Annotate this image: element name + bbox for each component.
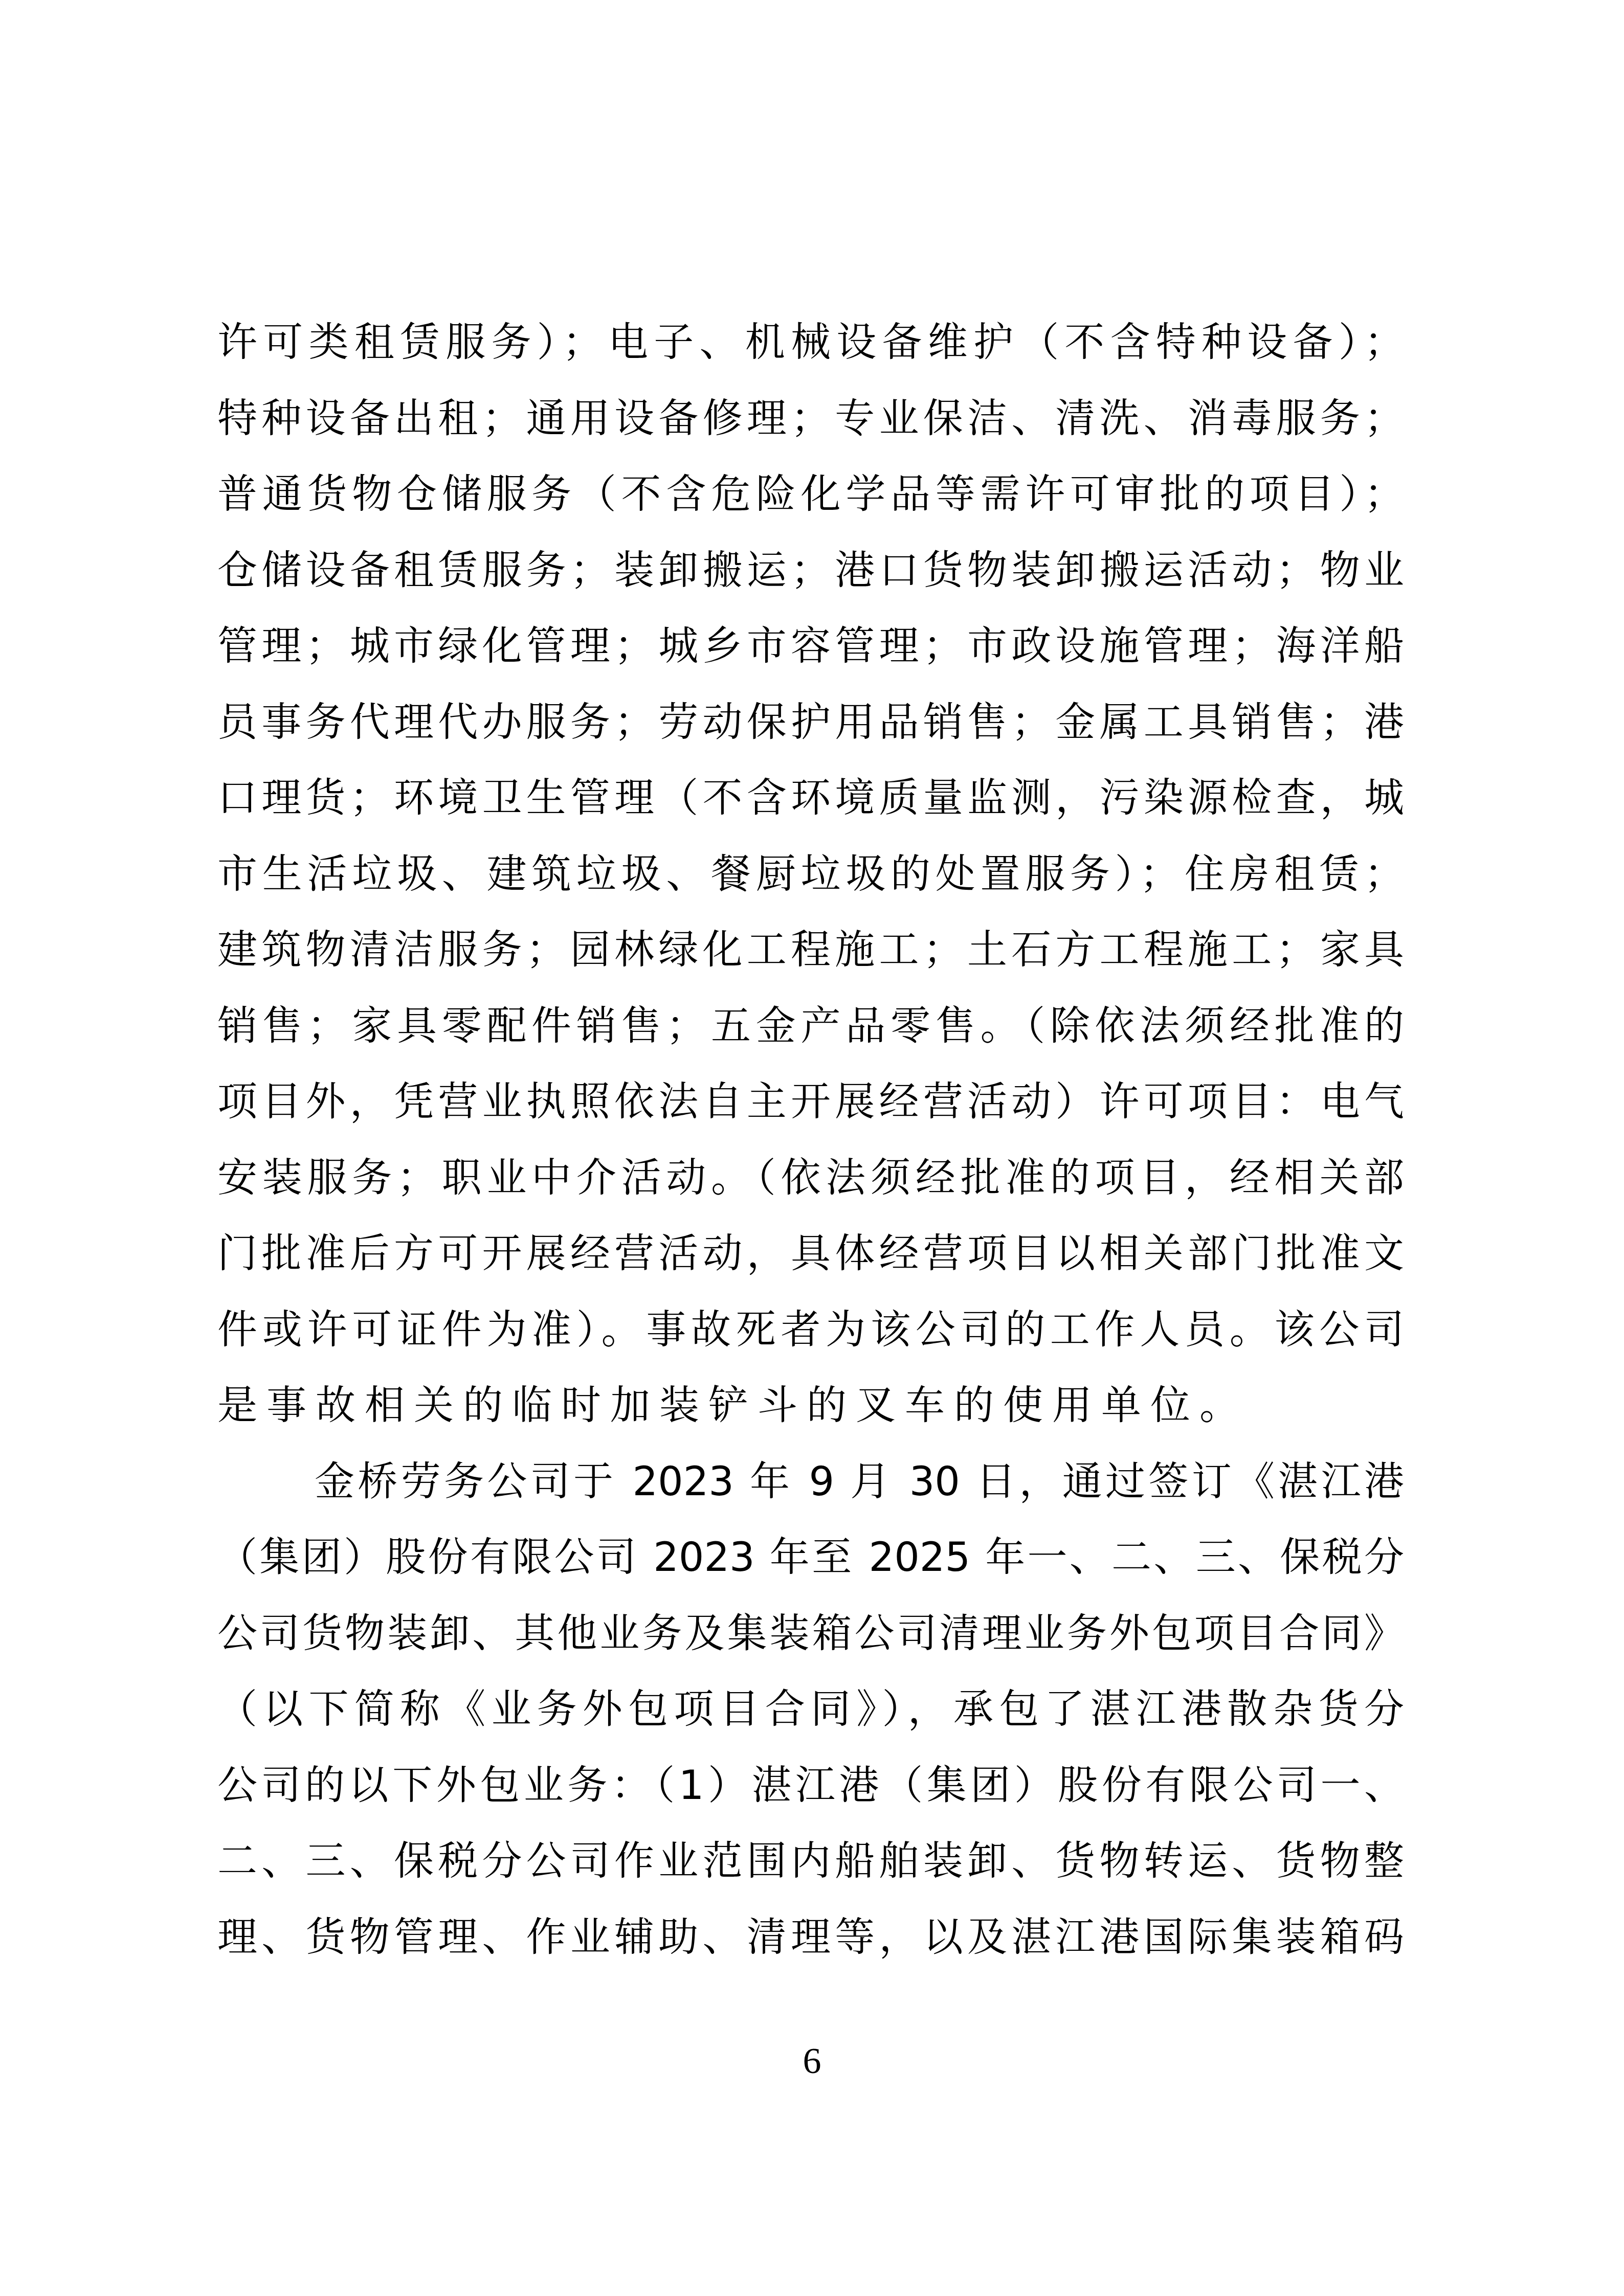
paragraph-1-line-11: 项目外，凭营业执照依法自主开展经营活动）许可项目：电气 — [217, 1064, 1404, 1140]
paragraph-1-line-3: 普通货物仓储服务（不含危险化学品等需许可审批的项目）； — [217, 457, 1404, 533]
paragraph-1-line-5: 管理；城市绿化管理；城乡市容管理；市政设施管理；海洋船 — [217, 609, 1404, 685]
page-number: 6 — [0, 2038, 1624, 2084]
paragraph-1-line-6: 员事务代理代办服务；劳动保护用品销售；金属工具销售；港 — [217, 685, 1404, 761]
paragraph-1-line-14: 件或许可证件为准）。事故死者为该公司的工作人员。该公司 — [217, 1292, 1404, 1368]
paragraph-1-line-4: 仓储设备租赁服务；装卸搬运；港口货物装卸搬运活动；物业 — [217, 533, 1404, 609]
paragraph-2-line-6: 二、三、保税分公司作业范围内船舶装卸、货物转运、货物整 — [217, 1824, 1404, 1900]
paragraph-2-line-2: （集团）股份有限公司 2023 年至 2025 年一、二、三、保税分 — [217, 1520, 1404, 1596]
paragraph-1-line-15: 是事故相关的临时加装铲斗的叉车的使用单位。 — [217, 1368, 1404, 1444]
paragraph-1-line-10: 销售；家具零配件销售；五金产品零售。（除依法须经批准的 — [217, 988, 1404, 1065]
paragraph-1-line-1: 许可类租赁服务）；电子、机械设备维护（不含特种设备）； — [217, 305, 1404, 381]
paragraph-2-line-5: 公司的以下外包业务：（1）湛江港（集团）股份有限公司一、 — [217, 1748, 1404, 1824]
paragraph-1-line-7: 口理货；环境卫生管理（不含环境质量监测，污染源检查，城 — [217, 760, 1404, 837]
body-text: 许可类租赁服务）；电子、机械设备维护（不含特种设备）； 特种设备出租；通用设备修… — [217, 305, 1404, 1975]
paragraph-2-line-4: （以下简称《业务外包项目合同》），承包了湛江港散杂货分 — [217, 1672, 1404, 1748]
paragraph-1-line-8: 市生活垃圾、建筑垃圾、餐厨垃圾的处置服务）；住房租赁； — [217, 837, 1404, 913]
paragraph-1-line-13: 门批准后方可开展经营活动，具体经营项目以相关部门批准文 — [217, 1216, 1404, 1292]
document-page: 许可类租赁服务）；电子、机械设备维护（不含特种设备）； 特种设备出租；通用设备修… — [0, 0, 1624, 2296]
paragraph-2-line-3: 公司货物装卸、其他业务及集装箱公司清理业务外包项目合同》 — [217, 1596, 1404, 1672]
paragraph-2-line-7: 理、货物管理、作业辅助、清理等，以及湛江港国际集装箱码 — [217, 1900, 1404, 1976]
paragraph-1-line-12: 安装服务；职业中介活动。（依法须经批准的项目，经相关部 — [217, 1140, 1404, 1217]
paragraph-2-line-1: 金桥劳务公司于 2023 年 9 月 30 日，通过签订《湛江港 — [217, 1444, 1404, 1520]
paragraph-1-line-9: 建筑物清洁服务；园林绿化工程施工；土石方工程施工；家具 — [217, 912, 1404, 988]
paragraph-1-line-2: 特种设备出租；通用设备修理；专业保洁、清洗、消毒服务； — [217, 381, 1404, 457]
